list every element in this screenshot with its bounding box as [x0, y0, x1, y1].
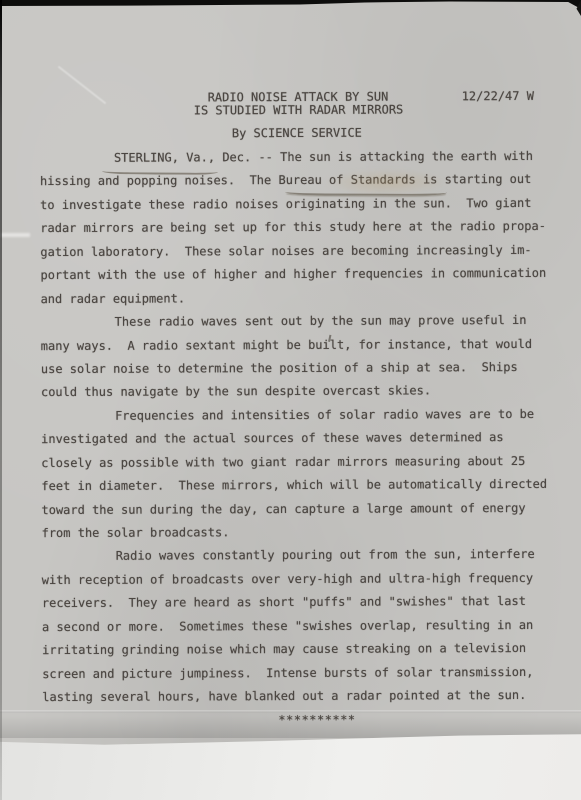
- text-line: Radio waves constantly pouring out from …: [42, 543, 562, 569]
- text-line: and radar equipment.: [41, 285, 561, 311]
- headline-line-2: IS STUDIED WITH RADAR MIRRORS: [194, 103, 404, 118]
- text-line: irritating grinding noise which may caus…: [42, 637, 562, 663]
- text-line: STERLING, Va., Dec. -- The sun is attack…: [40, 145, 560, 171]
- text-line: a second or more. Sometimes these "swish…: [42, 614, 562, 640]
- text-line: screen and picture jumpiness. Intense bu…: [42, 660, 562, 686]
- text-line: radar mirrors are being set up for this …: [40, 215, 560, 241]
- text-line: lasting several hours, have blanked out …: [42, 684, 562, 710]
- text-line: from the solar broadcasts.: [42, 520, 562, 546]
- text-line: feet in diameter. These mirrors, which w…: [41, 473, 561, 499]
- text-line: with reception of broadcasts over very-h…: [42, 567, 562, 593]
- typewritten-text-layer: RADIO NOISE ATTACK BY SUN 12/22/47 W IS …: [0, 0, 581, 800]
- text-line: portant with the use of higher and highe…: [40, 262, 560, 288]
- text-line: These radio waves sent out by the sun ma…: [41, 309, 561, 335]
- pencil-underline-bureau: [285, 188, 447, 196]
- paper-crease-left: [0, 233, 30, 237]
- text-line: receivers. They are heard as short "puff…: [42, 590, 562, 616]
- text-line: to investigate these radio noises origin…: [40, 192, 560, 218]
- article-body: STERLING, Va., Dec. -- The sun is attack…: [40, 145, 563, 733]
- text-line: could thus navigate by the sun despite o…: [41, 379, 561, 405]
- byline: By SCIENCE SERVICE: [232, 126, 362, 141]
- pencil-underline-sterling: [102, 168, 218, 175]
- text-line: investigated and the actual sources of t…: [41, 426, 561, 452]
- scan-edge-left: [0, 0, 2, 800]
- text-line: use solar noise to determine the positio…: [41, 356, 561, 382]
- text-line: gation laboratory. These solar noises ar…: [40, 239, 560, 265]
- text-line: Frequencies and intensities of solar rad…: [41, 403, 561, 429]
- paper-crease-horizontal: [0, 710, 581, 713]
- text-line: closely as possible with two giant radar…: [41, 450, 561, 476]
- fold-shadow: [0, 716, 581, 738]
- text-line: toward the sun during the day, can captu…: [41, 496, 561, 522]
- text-line: many ways. A radio sextant might be buil…: [41, 332, 561, 358]
- date-code: 12/22/47 W: [462, 89, 534, 103]
- scanned-page: RADIO NOISE ATTACK BY SUN 12/22/47 W IS …: [0, 0, 581, 800]
